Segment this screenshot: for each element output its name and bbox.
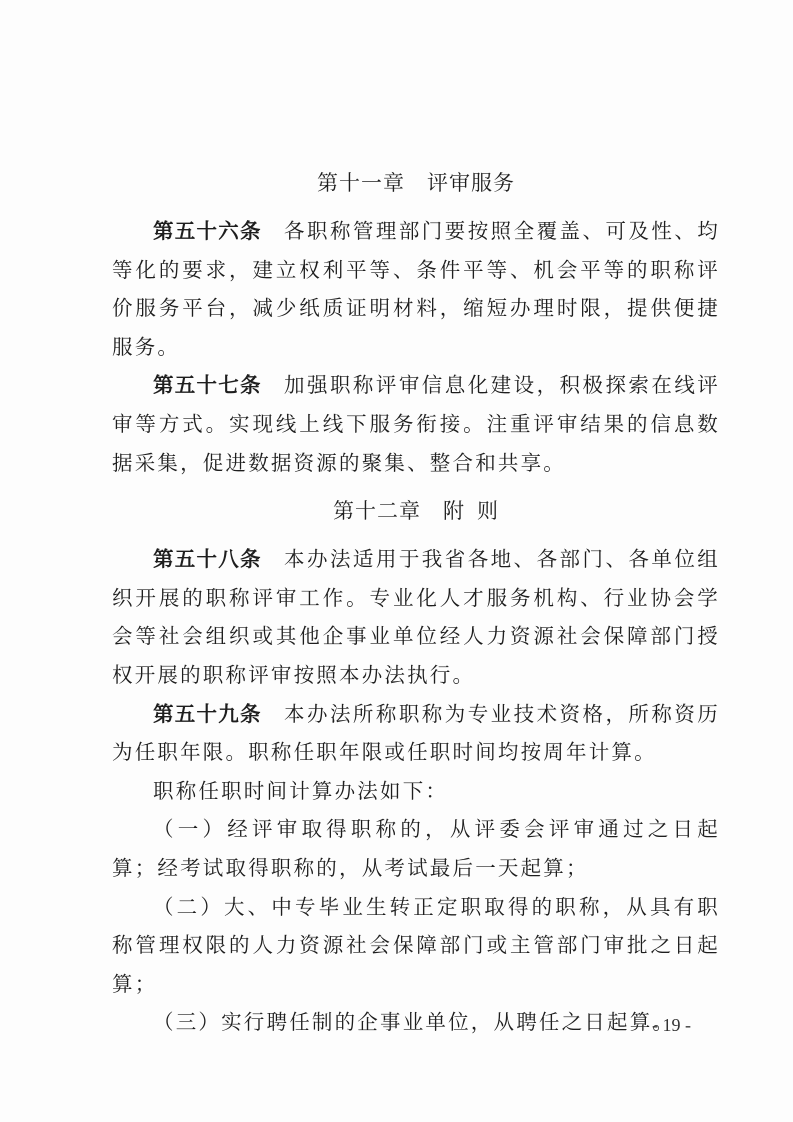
article-label: 第五十七条 (153, 373, 262, 397)
article-57: 第五十七条加强职称评审信息化建设，积极探索在线评审等方式。实现线上线下服务衔接。… (112, 366, 720, 482)
list-item-3: （三）实行聘任制的企事业单位，从聘任之日起算。 (112, 1003, 720, 1042)
article-58: 第五十八条本办法适用于我省各地、各部门、各单位组织开展的职称评审工作。专业化人才… (112, 540, 720, 694)
chapter-number: 第十二章 (333, 499, 421, 523)
chapter-heading-11: 第十一章评审服务 (112, 164, 720, 202)
article-label: 第五十九条 (153, 702, 262, 726)
chapter-heading-12: 第十二章附则 (112, 492, 720, 530)
page-number: - 19 - (652, 1015, 691, 1036)
chapter-title: 评审服务 (427, 171, 515, 195)
article-56: 第五十六条各职称管理部门要按照全覆盖、可及性、均等化的要求，建立权利平等、条件平… (112, 212, 720, 366)
chapter-title-part2: 则 (477, 499, 499, 523)
chapter-title-part1: 附 (443, 499, 465, 523)
page-content: 第十一章评审服务 第五十六条各职称管理部门要按照全覆盖、可及性、均等化的要求，建… (112, 164, 720, 1042)
list-item-1: （一）经评审取得职称的，从评委会评审通过之日起算；经考试取得职称的，从考试最后一… (112, 810, 720, 887)
article-label: 第五十六条 (153, 219, 262, 243)
article-59: 第五十九条本办法所称职称为专业技术资格，所称资历为任职年限。职称任职年限或任职时… (112, 695, 720, 772)
calc-intro: 职称任职时间计算办法如下： (112, 772, 720, 811)
document-page: 第十一章评审服务 第五十六条各职称管理部门要按照全覆盖、可及性、均等化的要求，建… (0, 0, 793, 1122)
chapter-number: 第十一章 (317, 171, 405, 195)
list-item-2: （二）大、中专毕业生转正定职取得的职称，从具有职称管理权限的人力资源社会保障部门… (112, 888, 720, 1004)
article-label: 第五十八条 (153, 547, 262, 571)
